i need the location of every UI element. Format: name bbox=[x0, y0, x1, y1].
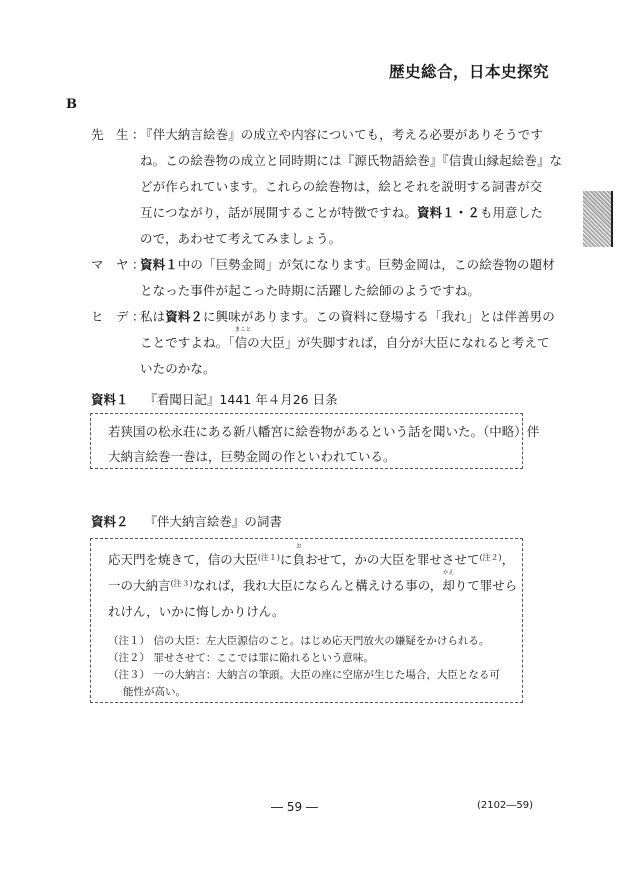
source2-line: れけん，いかに悔しかりけん。 bbox=[108, 602, 285, 620]
source2-line: 一の大納言(注３)なれば，我れ大臣にならんと構えける事の，却かえりて罪せら bbox=[108, 576, 517, 594]
section-letter: B bbox=[66, 97, 77, 112]
source1-line: 大納言絵巻一巻は，巨勢金岡の作といわれている。 bbox=[108, 447, 396, 465]
dialogue-line: ね。この絵巻物の成立と同時期には『源氏物語絵巻』『信貴山縁起絵巻』な bbox=[140, 151, 562, 169]
exam-code: (2102―59) bbox=[477, 800, 533, 811]
footnote-3: （注３） 一の大納言：大納言の筆頭。大臣の座に空席が生じた場合，大臣となる可 bbox=[108, 667, 500, 682]
ruby-text: 信まこと bbox=[235, 333, 248, 351]
ruby-text: 却かえ bbox=[442, 576, 455, 594]
source2-box: 応天門を焼きて，信の大臣(注１)に負おおせて，かの大臣を罪せさせて(注２)， 一… bbox=[90, 538, 523, 703]
footnote-1: （注１） 信の大臣：左大臣源信のこと。はじめ応天門放火の嫌疑をかけられる。 bbox=[108, 633, 489, 648]
dialogue-line: 私は資料２に興味があります。この資料に登場する「我れ」とは伴善男の bbox=[140, 307, 555, 325]
ruby-text: 負お bbox=[293, 550, 306, 568]
page-header-title: 歴史総合，日本史探究 bbox=[389, 60, 549, 82]
dialogue-line: どが作られています。これらの絵巻物は，絵とそれを説明する詞書が交 bbox=[140, 177, 542, 195]
dialogue-line: 互につながり，話が展開することが特徴ですね。資料１・２も用意した bbox=[140, 203, 543, 221]
footnote-3-continued: 能性が高い。 bbox=[123, 684, 186, 699]
page-number: ― 59 ― bbox=[271, 800, 318, 814]
source-reference: 資料１・２ bbox=[417, 205, 480, 220]
source-reference: 資料１ bbox=[140, 257, 178, 272]
source-reference: 資料２ bbox=[165, 309, 203, 324]
footnote-2: （注２） 罪せさせて：ここでは罪に陥れるという意味。 bbox=[108, 650, 374, 665]
dialogue-line: 資料１中の「巨勢金岡」が気になります。巨勢金岡は，この絵巻物の題材 bbox=[140, 255, 555, 273]
source1-line: 若狭国の松永荘にある新八幡宮に絵巻物があるという話を聞いた。（中略）伴 bbox=[108, 422, 539, 440]
dialogue-line: となった事件が起こった時期に活躍した絵師のようですね。 bbox=[140, 281, 480, 299]
source2-line: 応天門を焼きて，信の大臣(注１)に負おおせて，かの大臣を罪せさせて(注２)， bbox=[108, 550, 514, 568]
dialogue-line: 『伴大納言絵巻』の成立や内容についても，考える必要がありそうです bbox=[140, 125, 543, 143]
dialogue-line: ので，あわせて考えてみましょう。 bbox=[140, 229, 341, 247]
source1-box: 若狭国の松永荘にある新八幡宮に絵巻物があるという話を聞いた。（中略）伴 大納言絵… bbox=[90, 413, 523, 469]
dialogue-line: ことですよね。「信まことの大臣」が失脚すれば，自分が大臣になれると考えて bbox=[140, 333, 550, 351]
source2-title: 資料２ 『伴大納言絵巻』の詞書 bbox=[91, 512, 282, 530]
dialogue-line: いたのかな。 bbox=[140, 359, 216, 377]
section-index-tab bbox=[583, 191, 613, 247]
source1-title: 資料１ 『看聞日記』1441 年４月26 日条 bbox=[91, 390, 338, 408]
